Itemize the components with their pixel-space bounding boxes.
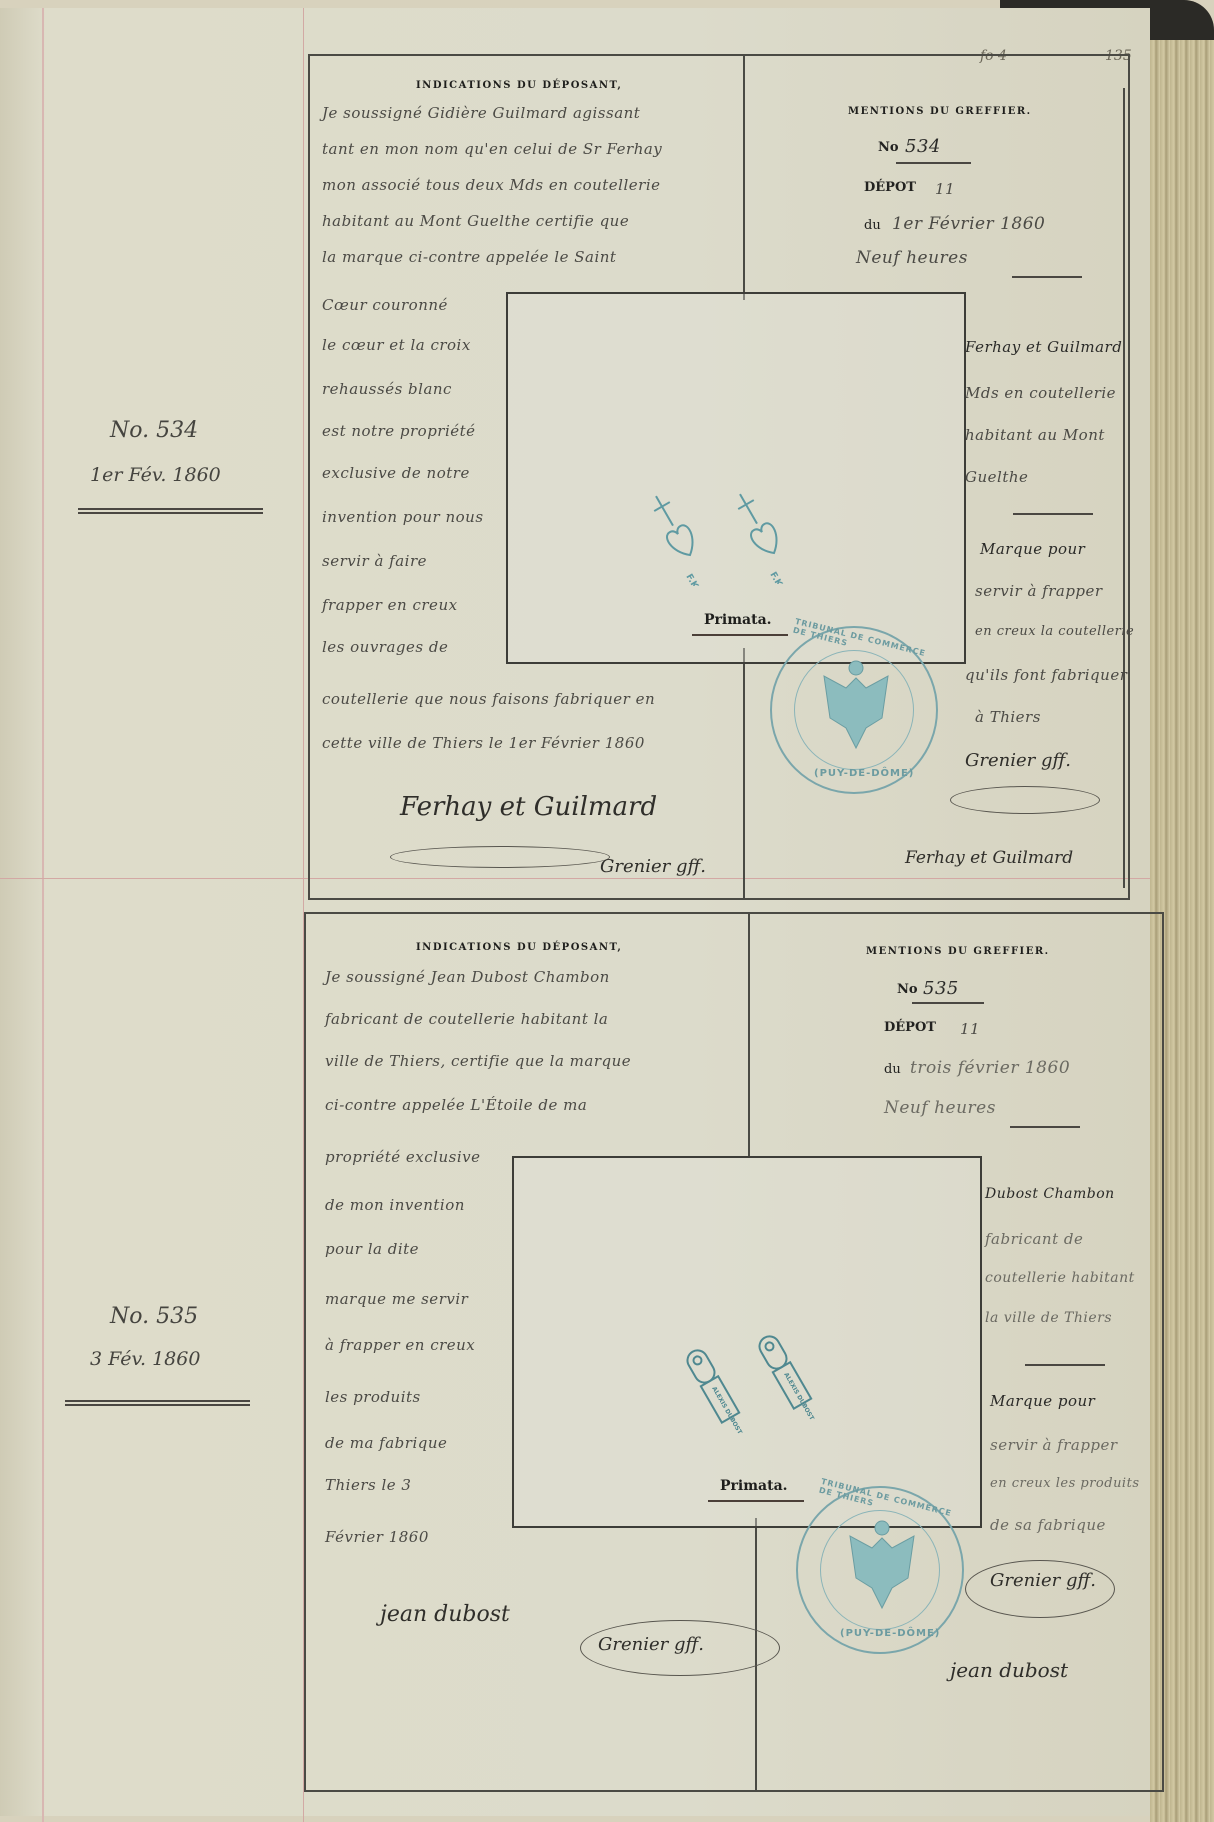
deposant-line: fabricant de coutellerie habitant la [325, 1010, 608, 1028]
greffier-purpose-line: en creux les produits [990, 1476, 1140, 1491]
key-tag-mark-icon: ALEXIS DUBOST [674, 1344, 754, 1434]
key-tag-mark-icon: ALEXIS DUBOST [746, 1330, 826, 1420]
depot-label: DÉPOT [884, 1020, 936, 1035]
number-underline [912, 1002, 984, 1004]
deposant-line: exclusive de notre [322, 464, 470, 482]
imperial-eagle-icon [816, 658, 896, 758]
stamp-text-bottom: (PUY-DE-DÔME) [814, 768, 914, 779]
date-label: du [884, 1062, 901, 1077]
deposant-line: la marque ci-contre appelée le Saint [322, 248, 616, 266]
depot-value: 11 [960, 1020, 980, 1038]
deposant-line: les ouvrages de [322, 638, 448, 656]
column-divider-lower [743, 648, 745, 900]
column-divider [743, 54, 745, 300]
deposant-heading: Indications du déposant, [416, 942, 622, 953]
deposant-line: Cœur couronné [322, 296, 448, 314]
trademark-box: ALEXIS DUBOST ALEXIS DUBOST Primata. [512, 1156, 982, 1528]
column-divider [748, 912, 750, 1158]
greffier-purpose-line: qu'ils font fabriquer [965, 666, 1127, 684]
trademark-box: F.K.G. F.K.G. Primata. [506, 292, 966, 664]
deposant-heading: Indications du déposant, [416, 80, 622, 91]
greffier-clerk-signature: Grenier gff. [990, 1570, 1096, 1591]
number-value: 534 [905, 136, 941, 157]
imperial-eagle-icon [842, 1518, 922, 1618]
greffier-depositor-line: Ferhay et Guilmard [965, 338, 1122, 356]
greffier-purpose-line: servir à frapper [975, 582, 1103, 600]
greffier-purpose-line: Marque pour [990, 1392, 1095, 1410]
deposant-line: invention pour nous [322, 508, 484, 526]
svg-text:F.K.G.: F.K.G. [767, 571, 790, 585]
left-entry-number: No. 535 [110, 1304, 198, 1329]
date-value: trois février 1860 [910, 1058, 1070, 1078]
deposant-line: propriété exclusive [325, 1148, 480, 1166]
depositor-signature: Ferhay et Guilmard [400, 792, 657, 822]
greffier-depositor-line: fabricant de [985, 1230, 1083, 1248]
svg-text:F.K.G.: F.K.G. [683, 573, 706, 587]
greffier-purpose-line: Marque pour [980, 540, 1085, 558]
deposant-line: tant en mon nom qu'en celui de Sr Ferhay [322, 140, 662, 158]
greffier-depositor-line: Dubost Chambon [985, 1186, 1115, 1202]
caption-underline [692, 634, 788, 636]
greffier-depositor-line: habitant au Mont [965, 426, 1105, 444]
deposant-line: Thiers le 3 [325, 1476, 411, 1494]
greffier-depositor-line: Mds en coutellerie [965, 384, 1116, 402]
stamp-text-bottom: (PUY-DE-DÔME) [840, 1628, 940, 1639]
double-underline [78, 508, 263, 510]
deposant-line: est notre propriété [322, 422, 476, 440]
greffier-depositor-signature: jean dubost [950, 1658, 1068, 1682]
greffier-depositor-line: coutellerie habitant [985, 1270, 1135, 1286]
date-label: du [864, 218, 881, 233]
deposant-line: à frapper en creux [325, 1336, 475, 1354]
number-label: No [897, 982, 918, 997]
deposant-line: le cœur et la croix [322, 336, 471, 354]
date-value: 1er Février 1860 [892, 214, 1045, 234]
depositor-signature: jean dubost [380, 1602, 510, 1627]
deposant-line: habitant au Mont Guelthe certifie que [322, 212, 629, 230]
heart-cross-mark-icon: F.K.G. [730, 484, 796, 584]
section-divider [1013, 513, 1093, 515]
caption-underline [708, 1500, 804, 1502]
greffier-depositor-line: la ville de Thiers [985, 1310, 1112, 1326]
greffier-depositor-line: Guelthe [965, 468, 1028, 486]
depot-label: DÉPOT [864, 180, 916, 195]
left-entry-date: 1er Fév. 1860 [90, 464, 221, 486]
deposant-line: ville de Thiers, certifie que la marque [325, 1052, 631, 1070]
number-label: No [878, 140, 899, 155]
deposant-line: ci-contre appelée L'Étoile de ma [325, 1096, 587, 1114]
clerk-signature: Grenier gff. [598, 1634, 704, 1655]
heart-cross-mark-icon: F.K.G. [646, 486, 712, 586]
deposant-line: mon associé tous deux Mds en coutellerie [322, 176, 661, 194]
signature-flourish [390, 846, 610, 868]
number-underline [896, 162, 971, 164]
greffier-clerk-signature: Grenier gff. [965, 750, 1071, 771]
time-underline [1012, 276, 1082, 278]
greffier-heading: Mentions du greffier. [866, 946, 1050, 957]
time-value: Neuf heures [856, 248, 968, 268]
deposant-line: Février 1860 [325, 1528, 429, 1546]
deposant-line: de mon invention [325, 1196, 465, 1214]
mark-caption: Primata. [704, 612, 772, 628]
deposant-line: frapper en creux [322, 596, 458, 614]
time-underline [1010, 1126, 1080, 1128]
mark-caption: Primata. [720, 1478, 788, 1494]
left-entry-date: 3 Fév. 1860 [90, 1348, 200, 1370]
left-entry-number: No. 534 [110, 418, 198, 443]
greffier-heading: Mentions du greffier. [848, 106, 1032, 117]
tribunal-stamp: TRIBUNAL DE COMMERCE DE THIERS (PUY-DE-D… [796, 1486, 964, 1654]
greffier-depositor-signature: Ferhay et Guilmard [905, 848, 1073, 868]
register-page: fo 4 135 No. 534 1er Fév. 1860 Indicatio… [0, 8, 1150, 1816]
greffier-purpose-line: en creux la coutellerie [975, 624, 1134, 639]
deposant-line: pour la dite [325, 1240, 419, 1258]
signature-flourish [950, 786, 1100, 814]
deposant-line: coutellerie que nous faisons fabriquer e… [322, 690, 655, 708]
double-underline [65, 1400, 250, 1402]
greffier-purpose-line: à Thiers [975, 708, 1041, 726]
margin-rule [42, 8, 44, 1822]
tribunal-stamp: TRIBUNAL DE COMMERCE DE THIERS (PUY-DE-D… [770, 626, 938, 794]
deposant-line: rehaussés blanc [322, 380, 452, 398]
register-book: fo 4 135 No. 534 1er Fév. 1860 Indicatio… [0, 0, 1214, 1822]
number-value: 535 [923, 978, 959, 999]
deposant-line: Je soussigné Jean Dubost Chambon [325, 968, 610, 986]
clerk-signature: Grenier gff. [600, 856, 706, 877]
deposant-line: marque me servir [325, 1290, 468, 1308]
right-border [1123, 88, 1125, 888]
section-divider [1025, 1364, 1105, 1366]
greffier-purpose-line: de sa fabrique [990, 1516, 1106, 1534]
deposant-line: de ma fabrique [325, 1434, 447, 1452]
deposant-line: cette ville de Thiers le 1er Février 186… [322, 734, 645, 752]
depot-value: 11 [935, 180, 955, 198]
time-value: Neuf heures [884, 1098, 996, 1118]
greffier-purpose-line: servir à frapper [990, 1436, 1118, 1454]
deposant-line: Je soussigné Gidière Guilmard agissant [322, 104, 640, 122]
deposant-line: les produits [325, 1388, 421, 1406]
deposant-line: servir à faire [322, 552, 427, 570]
